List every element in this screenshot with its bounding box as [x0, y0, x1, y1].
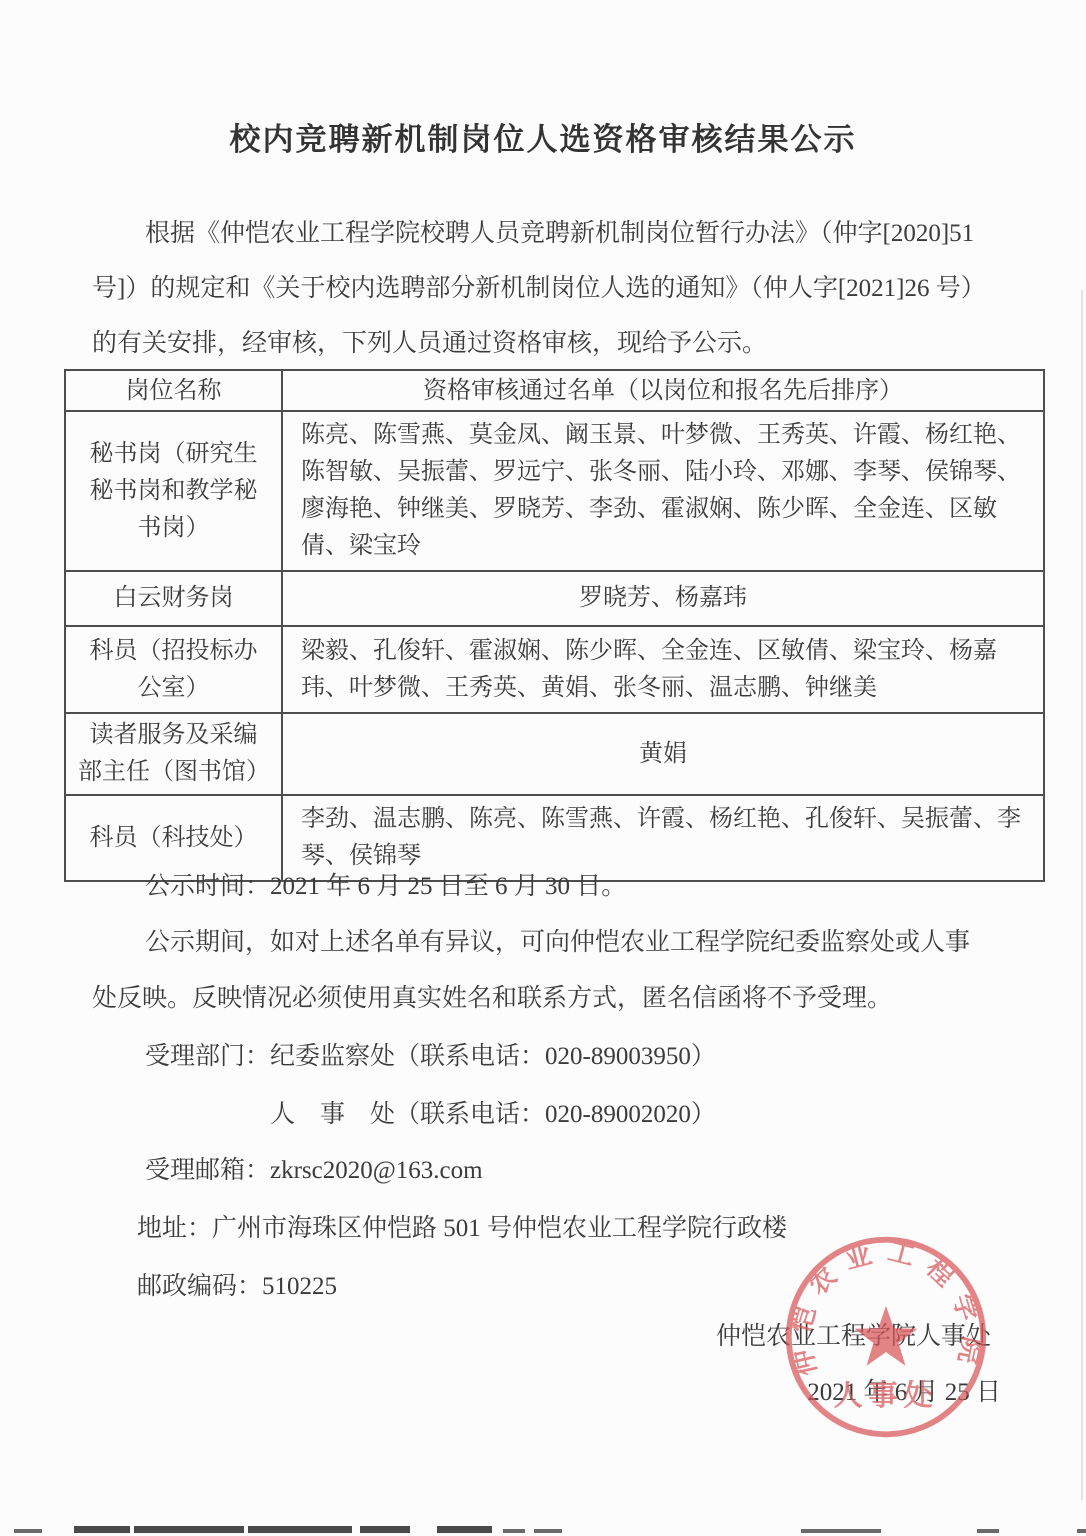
position-cell: 秘书岗（研究生秘书岗和教学秘书岗）: [66, 412, 283, 570]
position-cell: 读者服务及采编部主任（图书馆）: [66, 714, 283, 794]
intro-paragraph: 根据《仲恺农业工程学院校聘人员竞聘新机制岗位暂行办法》（仲字[2020]51 号…: [92, 206, 1022, 371]
intro-line: 的有关安排，经审核，下列人员通过资格审核，现给予公示。: [92, 316, 1022, 371]
names-cell: 梁毅、孔俊轩、霍淑娴、陈少晖、全金连、区敏倩、梁宝玲、杨嘉玮、叶梦微、王秀英、黄…: [283, 627, 1043, 712]
accepting-dept-line2: 人 事 处（联系电话：020-89002020）: [270, 1094, 716, 1130]
column-header-names: 资格审核通过名单（以岗位和报名先后排序）: [283, 371, 1043, 410]
column-header-position: 岗位名称: [66, 371, 283, 410]
table-row: 读者服务及采编部主任（图书馆） 黄娟: [66, 712, 1043, 794]
table-row: 秘书岗（研究生秘书岗和教学秘书岗） 陈亮、陈雪燕、莫金凤、阚玉景、叶梦微、王秀英…: [66, 410, 1043, 570]
position-cell: 白云财务岗: [66, 572, 283, 625]
qualification-table: 岗位名称 资格审核通过名单（以岗位和报名先后排序） 秘书岗（研究生秘书岗和教学秘…: [64, 369, 1045, 882]
announcement-document: 校内竞聘新机制岗位人选资格审核结果公示 根据《仲恺农业工程学院校聘人员竞聘新机制…: [0, 0, 1086, 1536]
position-cell: 科员（招投标办公室）: [66, 627, 283, 712]
seal-center-text: 人事处: [833, 1379, 938, 1412]
accepting-email: 受理邮箱：zkrsc2020@163.com: [145, 1150, 483, 1186]
address-line: 地址：广州市海珠区仲恺路 501 号仲恺农业工程学院行政楼: [137, 1208, 787, 1244]
table-header-row: 岗位名称 资格审核通过名单（以岗位和报名先后排序）: [66, 371, 1043, 410]
names-cell: 陈亮、陈雪燕、莫金凤、阚玉景、叶梦微、王秀英、许霞、杨红艳、陈智敏、吴振蕾、罗远…: [283, 412, 1043, 570]
intro-line: 号]）的规定和《关于校内选聘部分新机制岗位人选的通知》（仲人字[2021]26 …: [92, 261, 1022, 316]
table-row: 科员（招投标办公室） 梁毅、孔俊轩、霍淑娴、陈少晖、全金连、区敏倩、梁宝玲、杨嘉…: [66, 625, 1043, 712]
seal-star-icon: [855, 1306, 918, 1366]
names-cell: 黄娟: [283, 714, 1043, 794]
objection-line: 处反映。反映情况必须使用真实姓名和联系方式，匿名信函将不予受理。: [92, 978, 892, 1014]
intro-line: 根据《仲恺农业工程学院校聘人员竞聘新机制岗位暂行办法》（仲字[2020]51: [92, 206, 1022, 261]
postcode-line: 邮政编码：510225: [137, 1266, 337, 1302]
page-title: 校内竞聘新机制岗位人选资格审核结果公示: [0, 114, 1086, 159]
accepting-dept-line1: 受理部门：纪委监察处（联系电话：020-89003950）: [145, 1036, 716, 1072]
scan-edge-shadow: [1081, 290, 1083, 1500]
names-cell: 罗晓芳、杨嘉玮: [283, 572, 1043, 625]
publicity-time: 公示时间：2021 年 6 月 25 日至 6 月 30 日。: [145, 866, 626, 902]
table-row: 白云财务岗 罗晓芳、杨嘉玮: [66, 570, 1043, 625]
official-seal: 仲恺农业工程学院 人事处: [779, 1230, 993, 1444]
objection-line: 公示期间，如对上述名单有异议，可向仲恺农业工程学院纪委监察处或人事: [145, 922, 970, 958]
